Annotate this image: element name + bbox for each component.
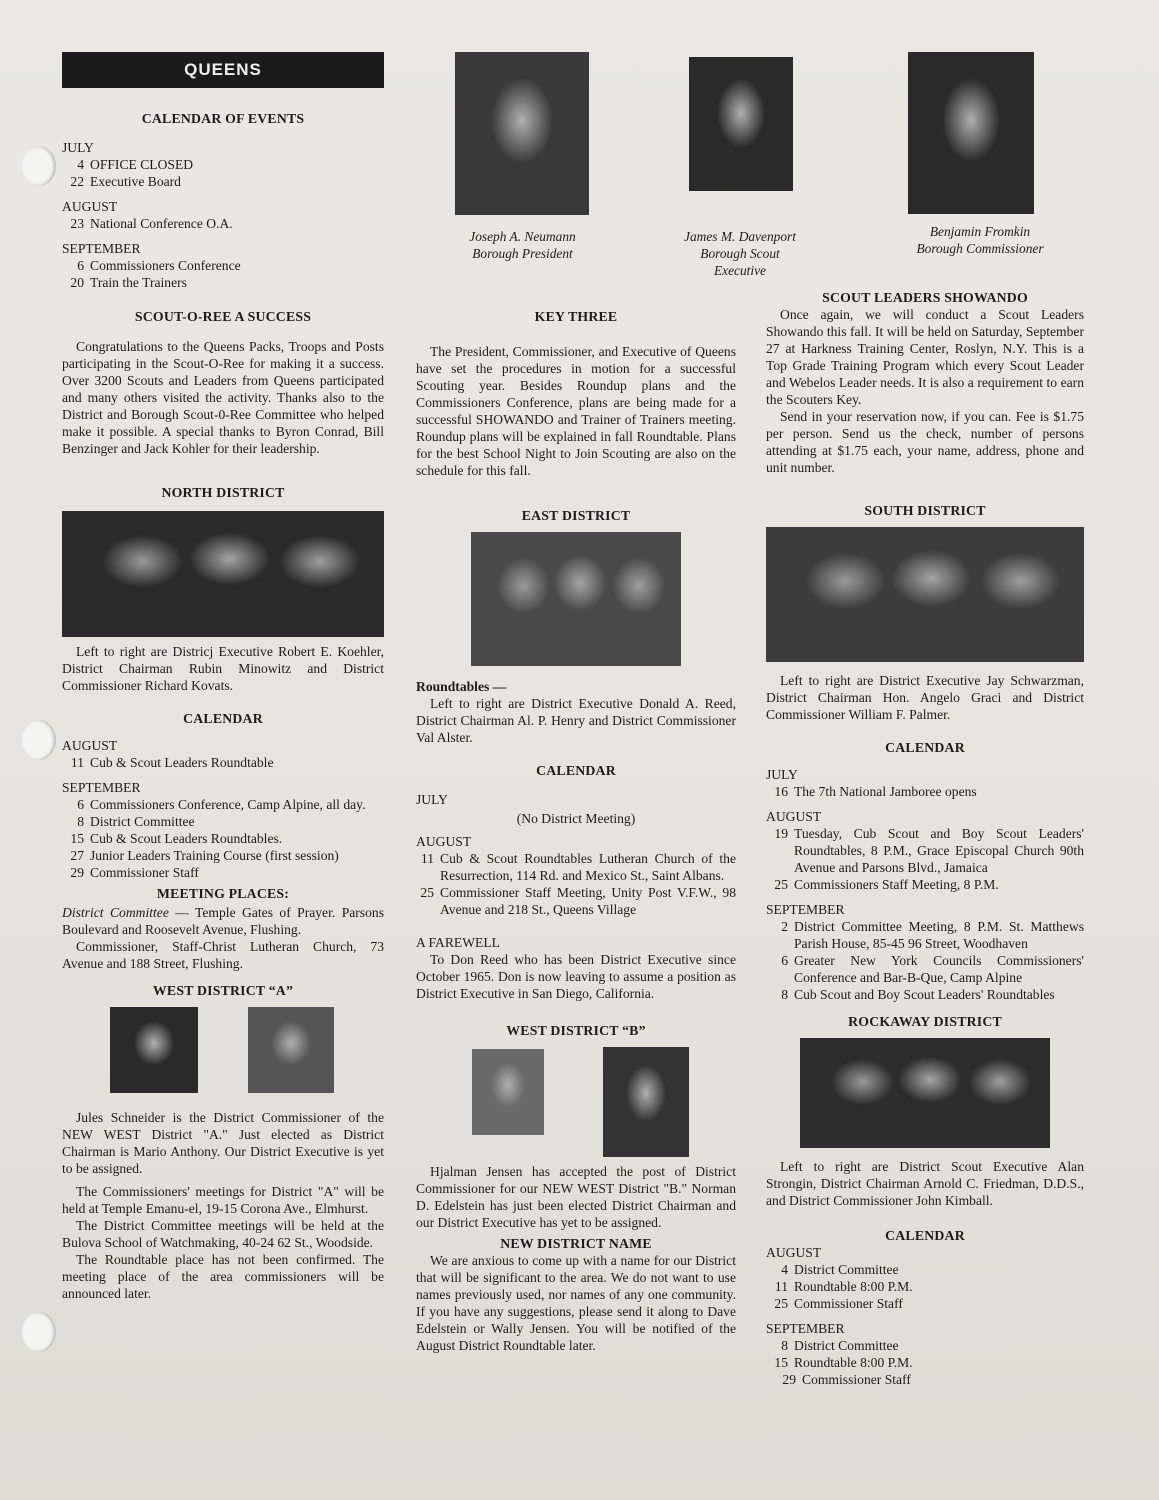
north-district-title: NORTH DISTRICT — [62, 484, 384, 501]
rockaway-district-caption: Left to right are District Scout Executi… — [766, 1158, 1084, 1209]
south-district-caption: Left to right are District Executive Jay… — [766, 672, 1084, 723]
event-item: 27Junior Leaders Training Course (first … — [62, 847, 384, 864]
event-item: 6Commissioners Conference, Camp Alpine, … — [62, 796, 384, 813]
roundtables-label: Roundtables — — [416, 678, 736, 695]
rockaway-calendar: AUGUST 4District Committee 11Roundtable … — [766, 1244, 1084, 1388]
meeting-places-title: MEETING PLACES: — [62, 885, 384, 902]
east-district-photo — [471, 532, 681, 666]
event-item: 8District Committee — [766, 1337, 1084, 1354]
west-a-paragraph: Jules Schneider is the District Commissi… — [62, 1109, 384, 1177]
rockaway-calendar-title: CALENDAR — [766, 1227, 1084, 1244]
month-label: SEPTEMBER — [766, 901, 1084, 918]
binder-hole — [22, 720, 56, 760]
event-item: 11Cub & Scout Leaders Roundtable — [62, 754, 384, 771]
farewell-title: A FAREWELL — [416, 934, 736, 951]
south-calendar-title: CALENDAR — [766, 739, 1084, 756]
binder-hole — [22, 146, 56, 186]
month-label: AUGUST — [62, 737, 384, 754]
scout-o-ree-title: SCOUT-O-REE A SUCCESS — [62, 308, 384, 325]
rockaway-district-title: ROCKAWAY DISTRICT — [766, 1013, 1084, 1030]
scout-o-ree-body: Congratulations to the Queens Packs, Tro… — [62, 338, 384, 457]
event-item: 25Commissioners Staff Meeting, 8 P.M. — [766, 876, 1084, 893]
showando-title: SCOUT LEADERS SHOWANDO — [766, 289, 1084, 306]
portrait-photo — [110, 1007, 198, 1093]
event-item: 6Greater New York Councils Commissioners… — [766, 952, 1084, 986]
queens-banner: QUEENS — [62, 52, 384, 88]
south-calendar: JULY 16The 7th National Jamboree opens A… — [766, 766, 1084, 1003]
event-item: 4District Committee — [766, 1261, 1084, 1278]
month-label: JULY — [766, 766, 1084, 783]
event-item: 2District Committee Meeting, 8 P.M. St. … — [766, 918, 1084, 952]
north-calendar-title: CALENDAR — [62, 710, 384, 727]
key-three-body: The President, Commissioner, and Executi… — [416, 343, 736, 479]
portrait-fromkin — [908, 52, 1034, 214]
portrait-caption: Joseph A. NeumannBorough President — [430, 228, 615, 262]
event-item: 8District Committee — [62, 813, 384, 830]
event-item: 11Roundtable 8:00 P.M. — [766, 1278, 1084, 1295]
new-district-name-body: We are anxious to come up with a name fo… — [416, 1252, 736, 1354]
event-item: 6Commissioners Conference — [62, 257, 384, 274]
event-item: 23National Conference O.A. — [62, 215, 384, 232]
event-item: 8Cub Scout and Boy Scout Leaders' Roundt… — [766, 986, 1084, 1003]
west-a-paragraph: The Roundtable place has not been confir… — [62, 1251, 384, 1302]
west-a-paragraph: The District Committee meetings will be … — [62, 1217, 384, 1251]
meeting-place-commissioner-staff: Commissioner, Staff-Christ Lutheran Chur… — [62, 938, 384, 972]
portrait-caption: James M. DavenportBorough Scout Executiv… — [665, 228, 815, 279]
showando-paragraph: Once again, we will conduct a Scout Lead… — [766, 306, 1084, 408]
event-item: 20Train the Trainers — [62, 274, 384, 291]
event-item: 16The 7th National Jamboree opens — [766, 783, 1084, 800]
month-label: AUGUST — [766, 808, 1084, 825]
event-item: 15Cub & Scout Leaders Roundtables. — [62, 830, 384, 847]
month-label: JULY — [416, 791, 736, 808]
farewell-body: To Don Reed who has been District Execut… — [416, 951, 736, 1002]
portrait-davenport — [689, 57, 793, 191]
event-item: 29Commissioner Staff — [62, 864, 384, 881]
new-district-name-title: NEW DISTRICT NAME — [416, 1235, 736, 1252]
key-three-title: KEY THREE — [416, 308, 736, 325]
event-item: 4OFFICE CLOSED — [62, 156, 384, 173]
east-calendar-title: CALENDAR — [416, 762, 736, 779]
month-label: SEPTEMBER — [62, 779, 384, 796]
column-right: SCOUT LEADERS SHOWANDO Once again, we wi… — [766, 289, 1084, 1388]
portrait-caption: Benjamin FromkinBorough Commissioner — [880, 223, 1080, 257]
showando-paragraph: Send in your reservation now, if you can… — [766, 408, 1084, 476]
calendar-of-events: JULY 4OFFICE CLOSED 22Executive Board AU… — [62, 139, 384, 291]
west-a-paragraph: The Commissioners' meetings for District… — [62, 1183, 384, 1217]
west-district-b-photos — [416, 1049, 736, 1137]
north-district-photo — [62, 511, 384, 637]
month-label: AUGUST — [766, 1244, 1084, 1261]
event-item: 22Executive Board — [62, 173, 384, 190]
portrait-photo — [472, 1049, 544, 1135]
event-item: 15Roundtable 8:00 P.M. — [766, 1354, 1084, 1371]
calendar-of-events-title: CALENDAR OF EVENTS — [62, 110, 384, 127]
north-district-caption: Left to right are Districj Executive Rob… — [62, 643, 384, 694]
portrait-photo — [248, 1007, 334, 1093]
event-item: 19Tuesday, Cub Scout and Boy Scout Leade… — [766, 825, 1084, 876]
meeting-place-district-committee: District Committee — Temple Gates of Pra… — [62, 904, 384, 938]
month-label: SEPTEMBER — [766, 1320, 1084, 1337]
east-district-caption: Left to right are District Executive Don… — [416, 695, 736, 746]
portrait-photo — [603, 1047, 689, 1157]
newsletter-page: QUEENS CALENDAR OF EVENTS JULY 4OFFICE C… — [0, 0, 1159, 1500]
month-label: SEPTEMBER — [62, 240, 384, 257]
north-calendar: AUGUST 11Cub & Scout Leaders Roundtable … — [62, 737, 384, 881]
south-district-title: SOUTH DISTRICT — [766, 502, 1084, 519]
west-district-a-photos — [62, 1007, 384, 1095]
event-item: 25Commissioner Staff — [766, 1295, 1084, 1312]
west-district-a-title: WEST DISTRICT “A” — [62, 982, 384, 999]
rockaway-district-photo — [800, 1038, 1050, 1148]
south-district-photo — [766, 527, 1084, 662]
east-district-title: EAST DISTRICT — [416, 507, 736, 524]
event-item: 25Commissioner Staff Meeting, Unity Post… — [416, 884, 736, 918]
month-label: AUGUST — [416, 833, 736, 850]
no-meeting-note: (No District Meeting) — [416, 810, 736, 827]
event-item: 11Cub & Scout Roundtables Lutheran Churc… — [416, 850, 736, 884]
west-district-b-title: WEST DISTRICT “B” — [416, 1022, 736, 1039]
column-left: QUEENS CALENDAR OF EVENTS JULY 4OFFICE C… — [62, 52, 384, 1302]
column-middle: KEY THREE The President, Commissioner, a… — [416, 308, 736, 1354]
binder-hole — [22, 1312, 56, 1352]
west-b-body: Hjalman Jensen has accepted the post of … — [416, 1163, 736, 1231]
portrait-neumann — [455, 52, 589, 215]
month-label: AUGUST — [62, 198, 384, 215]
event-item: 29Commissioner Staff — [766, 1371, 1084, 1388]
month-label: JULY — [62, 139, 384, 156]
